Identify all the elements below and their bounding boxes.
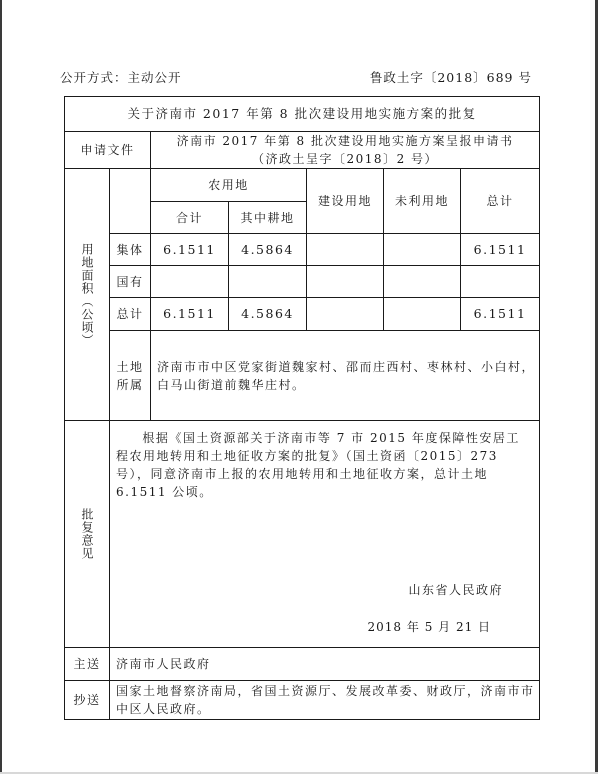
cell-construction (307, 298, 384, 331)
cell-subtotal (151, 266, 229, 298)
cell-subtotal: 6.1511 (151, 298, 229, 331)
cell-unused (384, 266, 461, 298)
row-label-total: 总计 (110, 298, 151, 331)
ownership-label-line1: 土地 (110, 358, 150, 376)
row-label-collective: 集体 (110, 234, 151, 266)
table-row: 集体 6.1511 4.5864 6.1511 (65, 234, 540, 266)
application-number: （济政土呈字〔2018〕2 号） (151, 150, 539, 168)
cell-total (461, 266, 540, 298)
cell-cultivated: 4.5864 (229, 234, 307, 266)
approval-date: 2018 年 5 月 21 日 (368, 618, 492, 636)
signatory: 山东省人民政府 (409, 581, 504, 599)
cell-subtotal: 6.1511 (151, 234, 229, 266)
header-cultivated: 其中耕地 (229, 202, 307, 234)
area-section-label: 用地面积（公顷） (65, 169, 110, 421)
cell-unused (384, 234, 461, 266)
page-edge-left (0, 0, 2, 774)
header-farmland: 农用地 (151, 169, 307, 202)
ownership-label-line2: 所属 (110, 376, 150, 394)
table-row: 总计 6.1511 4.5864 6.1511 (65, 298, 540, 331)
opinion-cell: 根据《国土资源部关于济南市等 7 市 2015 年度保障性安居工程农用地转用和土… (110, 421, 540, 648)
cc-value: 国家土地督察济南局，省国土资源厅、发展改革委、财政厅，济南市市中区人民政府。 (110, 681, 540, 720)
row-label-state: 国有 (110, 266, 151, 298)
opinion-label: 批复意见 (65, 421, 110, 648)
application-title: 济南市 2017 年第 8 批次建设用地实施方案呈报申请书 (151, 132, 539, 150)
cell-total: 6.1511 (461, 234, 540, 266)
ownership-text: 济南市市中区党家街道魏家村、邵而庄西村、枣林村、小白村，白马山街道前魏华庄村。 (151, 331, 540, 421)
approval-table: 关于济南市 2017 年第 8 批次建设用地实施方案的批复 申请文件 济南市 2… (64, 96, 540, 720)
header-total: 总计 (461, 169, 540, 234)
cell-unused (384, 298, 461, 331)
cell-construction (307, 234, 384, 266)
cell-cultivated (229, 266, 307, 298)
main-recipient-label: 主送 (65, 648, 110, 681)
cell-construction (307, 266, 384, 298)
header-unused: 未利用地 (384, 169, 461, 234)
application-document: 济南市 2017 年第 8 批次建设用地实施方案呈报申请书 （济政土呈字〔201… (151, 132, 540, 169)
cell-cultivated: 4.5864 (229, 298, 307, 331)
area-corner-cell (110, 169, 151, 234)
area-section-text: 用地面积（公顷） (80, 243, 94, 347)
document-title: 关于济南市 2017 年第 8 批次建设用地实施方案的批复 (65, 97, 540, 132)
cell-total: 6.1511 (461, 298, 540, 331)
header-construction: 建设用地 (307, 169, 384, 234)
document-number: 鲁政土字〔2018〕689 号 (370, 68, 532, 86)
header-subtotal: 合计 (151, 202, 229, 234)
disclosure-mode: 公开方式：主动公开 (60, 68, 182, 86)
opinion-label-text: 批复意见 (80, 508, 94, 560)
ownership-label: 土地 所属 (110, 331, 151, 421)
application-label: 申请文件 (65, 132, 151, 169)
opinion-text: 根据《国土资源部关于济南市等 7 市 2015 年度保障性安居工程农用地转用和土… (110, 421, 539, 501)
cc-label: 抄送 (65, 681, 110, 720)
table-row: 国有 (65, 266, 540, 298)
main-recipient-value: 济南市人民政府 (110, 648, 540, 681)
